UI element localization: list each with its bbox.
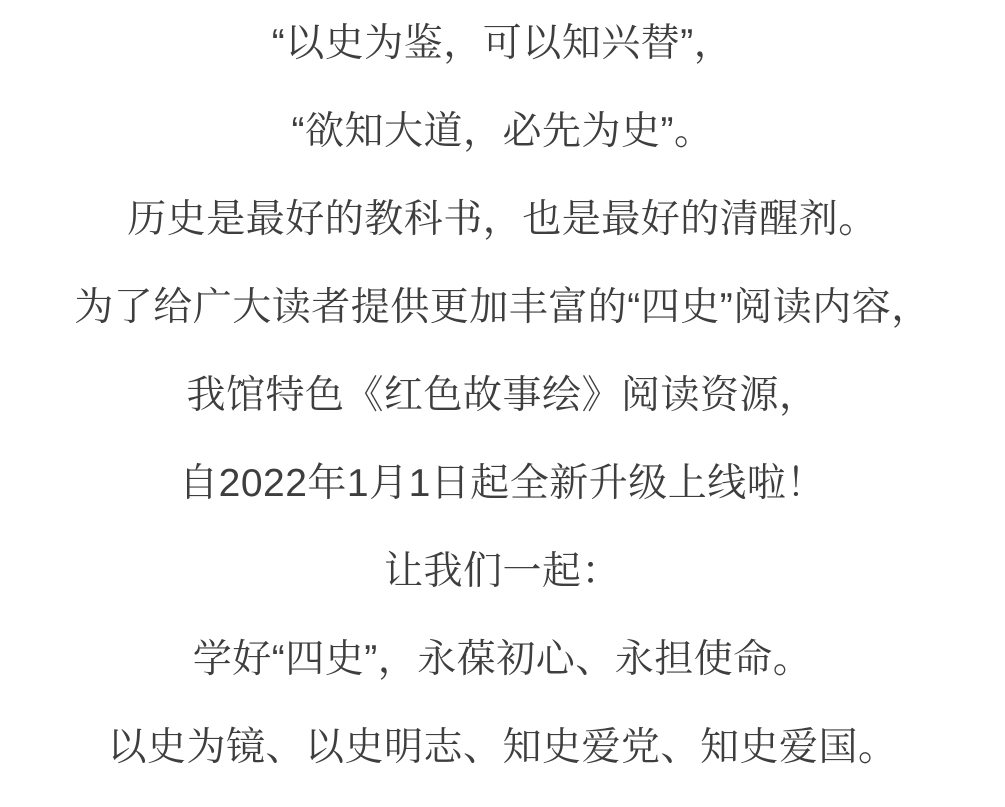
text-line-quote-1: “以史为鉴，可以知兴替”，: [0, 0, 1005, 88]
text-line-slogan: 以史为镜、以史明志、知史爱党、知史爱国。: [0, 704, 1005, 792]
text-line-launch-date: 自2022年1月1日起全新升级上线啦！: [0, 440, 1005, 528]
text-line-quote-2: “欲知大道，必先为史”。: [0, 88, 1005, 176]
article-body: “以史为鉴，可以知兴替”， “欲知大道，必先为史”。 历史是最好的教科书，也是最…: [0, 0, 1005, 807]
text-line-mission: 学好“四史”，永葆初心、永担使命。: [0, 616, 1005, 704]
text-line-resource: 我馆特色《红色故事绘》阅读资源，: [0, 352, 1005, 440]
text-line-purpose: 为了给广大读者提供更加丰富的“四史”阅读内容，: [0, 264, 1005, 352]
text-line-history-intro: 历史是最好的教科书，也是最好的清醒剂。: [0, 176, 1005, 264]
text-line-call-to-action: 让我们一起：: [0, 528, 1005, 616]
